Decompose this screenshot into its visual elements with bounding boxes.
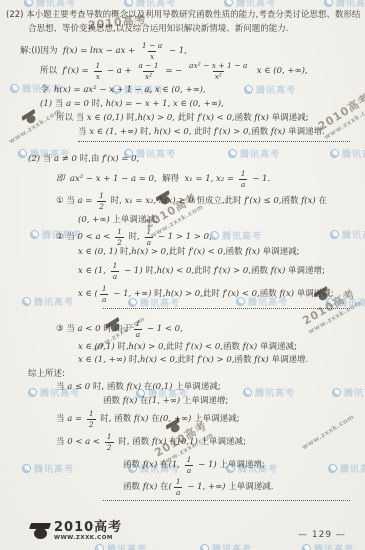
tencent-gaokao-watermark: 腾讯高考 (243, 386, 295, 399)
math-run: f′(x) < 0, (220, 288, 260, 300)
page: 腾讯高考腾讯高考腾讯高考腾讯高考腾讯高考腾讯高考腾讯高考腾讯高考腾讯高考腾讯高考… (0, 0, 365, 550)
fraction-denominator: x² (213, 71, 224, 81)
text-run: 函数 (251, 126, 268, 138)
math-run: x ∈ (1, +∞) (87, 126, 141, 138)
text-run: 上单调递增; (183, 395, 228, 407)
text-run: 在 (160, 459, 169, 471)
text-run: 上单调递减; (112, 214, 157, 226)
text-run: 单调递减; (272, 112, 309, 124)
tencent-gaokao-watermark: 腾讯高考 (210, 229, 262, 242)
graduation-cap-mascot-icon (30, 523, 50, 539)
fraction: 1 − ax (140, 42, 164, 60)
text-run: 上单调递增; (219, 459, 264, 471)
fraction-numerator: 1 (111, 262, 120, 271)
text-run: 所以 (40, 65, 57, 77)
math-run: = − (163, 65, 185, 77)
text-run: 当 (55, 98, 64, 110)
watermark-label: 腾讯高考 (255, 386, 295, 399)
watermark-label: 腾讯高考 (136, 147, 176, 160)
text-run: 令 (40, 84, 49, 96)
text-run: 合思想、等价变换思想,以及综合运用知识解决新情境、新问题的能力. (28, 23, 288, 35)
math-run: h(x) > 0, (165, 288, 203, 300)
text-run: 在 (151, 413, 160, 425)
tencent-swirl-icon (330, 149, 339, 158)
text-run: 综上所述: (28, 368, 65, 380)
watermark-label: 腾讯高考 (256, 83, 296, 96)
solution-line: 函数 f(x) 在(1a − 1, +∞) 上单调递减. (123, 478, 273, 496)
solution-line: 即 ax² − x + 1 − a = 0, 解得 x₁ = 1, x₂ = 1… (56, 170, 270, 188)
math-run: f(x) (149, 436, 169, 448)
fraction: 1a (111, 262, 120, 280)
page-number: — 129 — (298, 530, 346, 540)
math-run: f(x) (252, 112, 272, 124)
watermark-label: 腾讯高考 (342, 147, 365, 160)
math-run: h(x) > 0, (137, 112, 177, 124)
math-run: f′(x) > 0, (211, 265, 251, 277)
math-run: − 1) (121, 265, 145, 277)
text-run: 单调递增. (271, 354, 308, 366)
fraction-denominator: a (111, 271, 119, 281)
text-run: 时 (108, 195, 119, 207)
text-run: 此时 (178, 354, 195, 366)
tencent-swirl-icon (30, 230, 39, 239)
math-run: a ≤ 0 (65, 381, 93, 393)
math-run: (1) (40, 98, 55, 110)
solution-line: 当 a = 12 时, 函数 f(x) 在(0, +∞) 上单调递减; (56, 410, 239, 428)
math-run: − 1. (250, 173, 271, 185)
fraction-denominator: a (185, 465, 193, 475)
fraction-denominator: x (148, 51, 156, 61)
solution-line: 函数 f(x) 在(1, +∞) 上单调递增; (103, 395, 228, 407)
tencent-swirl-icon (28, 388, 37, 397)
math-run: − 1, +∞) (185, 481, 229, 493)
text-run: 函数 (235, 112, 252, 124)
text-run: 解得 (162, 173, 179, 185)
math-run: f′(x) = 0, (99, 153, 139, 165)
fraction: ax² − x + 1 − ax² (187, 62, 249, 80)
fraction-denominator: a (174, 487, 182, 497)
text-run: 时, (120, 246, 131, 258)
text-run: 时, (126, 112, 137, 124)
solution-line: x ∈ (1, +∞) 时,h(x) < 0,此时 f′(x) > 0,函数 f… (78, 354, 308, 366)
math-run: ( (169, 481, 172, 493)
tencent-gaokao-watermark: 腾讯高考 (330, 228, 365, 241)
tencent-swirl-icon (10, 84, 19, 93)
fraction-denominator: a (145, 237, 153, 247)
text-run: 函数 (281, 195, 298, 207)
text-run: 上单调递减; (175, 381, 220, 393)
text-run: ② 当 (56, 231, 75, 243)
watermark-label: 腾讯高考 (344, 386, 365, 399)
tencent-swirl-icon (22, 297, 31, 306)
text-run: 在 (318, 195, 327, 207)
text-run: 上单调递减; (194, 413, 239, 425)
tencent-gaokao-watermark: 腾讯高考 (330, 147, 365, 160)
math-run: f′(x) < 0, (195, 112, 235, 124)
text-run: 单调递增; (288, 265, 325, 277)
solution-line: x ∈ (0,1) 时,h(x) > 0,此时 f′(x) < 0,函数 f(x… (78, 341, 297, 353)
math-run: f(x) (298, 195, 318, 207)
watermark-label: 腾讯高考 (340, 462, 365, 475)
text-run: 时, (154, 288, 165, 300)
math-run: − a + (104, 65, 134, 77)
math-run: f′(x) = (57, 65, 91, 77)
fraction-denominator: 2 (105, 442, 114, 452)
fraction-denominator: x (94, 71, 102, 81)
watermark-label: 腾讯高考 (212, 542, 252, 550)
tencent-swirl-icon (328, 464, 337, 473)
text-run: 时, 函数 (93, 381, 124, 393)
math-run: (0, +∞) (160, 413, 194, 425)
text-run: 所以 当 (56, 112, 84, 124)
text-run: 在 (140, 395, 149, 407)
watermark-label: 腾讯高考 (336, 0, 365, 9)
fraction-numerator: 1 (185, 456, 194, 465)
solution-line: 所以 f′(x) = 1x − a + a − 1x² = − ax² − x … (40, 62, 308, 80)
fraction: 12 (105, 433, 114, 451)
fraction-numerator: 1 (144, 228, 153, 237)
math-run: f(x) (131, 413, 151, 425)
text-run: 时, (92, 98, 103, 110)
tencent-swirl-icon (332, 388, 341, 397)
math-run: f(x) = lnx − ax + (58, 45, 138, 57)
math-run: h(x) < 0, (151, 126, 194, 138)
tencent-gaokao-watermark: 腾讯高考 (328, 462, 365, 475)
text-run: 时, (117, 341, 128, 353)
math-run: h(x) < 0, (157, 265, 195, 277)
text-run: 时 (126, 231, 137, 243)
math-run: , (137, 231, 142, 243)
math-run: f(x) (251, 354, 271, 366)
watermark-label: 腾讯高考 (34, 462, 74, 475)
text-run: 此时 (203, 288, 220, 300)
solution-line: 解:(Ⅰ)因为 f(x) = lnx − ax + 1 − ax − 1, (20, 42, 187, 60)
math-run: f(x) (243, 246, 263, 258)
fraction: 1a (185, 456, 194, 474)
math-run: f(x) (140, 459, 160, 471)
tencent-swirl-icon (324, 0, 333, 7)
math-run: (1, +∞) (149, 395, 183, 407)
math-run: , x₁ = x₂, h(x) ≥ 0 (119, 195, 196, 207)
solution-line: 合思想、等价变换思想,以及综合运用知识解决新情境、新问题的能力. (28, 23, 288, 35)
tencent-swirl-icon (302, 544, 311, 550)
text-run: 在 (169, 436, 178, 448)
math-run: h(x) = − x + 1, x ∈ (0, +∞), (103, 98, 224, 110)
text-run: 函数 (226, 246, 243, 258)
math-run: f′(x) ≤ 0, (242, 195, 282, 207)
math-run: f(x) (140, 481, 160, 493)
math-run: (0,1) (178, 436, 201, 448)
solution-line: x ∈ (0, 1) 时,h(x) > 0,此时 f′(x) < 0,函数 f(… (78, 246, 300, 258)
text-run: ③ 当 (56, 323, 75, 335)
text-run: 时, (145, 265, 156, 277)
dotted-separator (103, 308, 350, 309)
fraction-denominator: 2 (97, 201, 106, 211)
math-run: − 1, (166, 45, 187, 57)
watermark-label: 腾讯高考 (222, 229, 262, 242)
math-run: h(x) > 0, (131, 246, 169, 258)
solution-line: 当 a ≤ 0 时, 函数 f(x) 在(0,1) 上单调递减; (56, 381, 221, 393)
solution-line: 当 x ∈ (1, +∞) 时, h(x) < 0, 此时 f′(x) > 0,… (78, 126, 325, 138)
math-run: f(x) (124, 381, 144, 393)
fraction-numerator: ax² − x + 1 − a (187, 62, 249, 71)
math-run: f(x) (277, 288, 297, 300)
tencent-swirl-icon (243, 388, 252, 397)
watermark-label: 腾讯高考 (236, 0, 276, 9)
text-run: 时, (140, 126, 151, 138)
math-run: (1, (169, 459, 183, 471)
text-run: 当 (56, 436, 65, 448)
text-run: 时, 函数 (98, 413, 132, 425)
tencent-swirl-icon (124, 0, 133, 7)
fraction-numerator: 1 (87, 410, 96, 419)
tencent-swirl-icon (18, 149, 27, 158)
fraction-numerator: 1 (97, 192, 106, 201)
watermark-label: 腾讯高考 (34, 295, 74, 308)
math-run: f(x) (120, 395, 140, 407)
math-run: − 1, +∞) (111, 288, 155, 300)
fraction-numerator: 1 (174, 478, 183, 487)
text-run: 时,由 (80, 153, 100, 165)
text-run: 单调递减; (263, 246, 300, 258)
fraction-denominator: a (100, 294, 108, 304)
text-run: 单调递减; (297, 288, 334, 300)
math-run: x ∈ (1, +∞) (78, 354, 129, 366)
math-run: (0,1) (152, 381, 175, 393)
fraction-denominator: a (134, 329, 142, 339)
fraction-numerator: 1 (93, 62, 102, 71)
text-run: 单调递减; (260, 341, 297, 353)
math-run: f(x) (268, 126, 288, 138)
text-run: 当 (56, 413, 65, 425)
zxxk-stamp: www.zxxk.com (300, 413, 355, 452)
tencent-gaokao-watermark: 腾讯高考 (22, 295, 74, 308)
solution-line: 综上所述: (28, 368, 65, 380)
fraction-numerator: 1 (115, 228, 124, 237)
math-run: h(x) > 0, (129, 341, 167, 353)
solution-line: (1) 当 a = 0 时, h(x) = − x + 1, x ∈ (0, +… (40, 98, 224, 110)
footer-brand-title: 2010高考 (54, 521, 122, 535)
fraction: 1a (133, 320, 142, 338)
text-run: 在 (144, 381, 153, 393)
solution-line: (22) 本小题主要考查导数的概念以及利用导数研究函数性质的能力,考查分类讨论思… (6, 9, 360, 21)
text-run: ① 当 (56, 195, 75, 207)
solution-line: ① 当 a = 12 时, x₁ = x₂, h(x) ≥ 0 恒成立,此时 f… (56, 192, 327, 210)
math-run: x ∈ (0, 1) (78, 246, 120, 258)
tencent-gaokao-watermark: 腾讯高考 (200, 542, 252, 550)
text-run: 时, (129, 354, 140, 366)
math-run: − 1 > 1 > 0, (155, 231, 212, 243)
text-run: 单调递增. (288, 126, 325, 138)
tencent-swirl-icon (22, 464, 31, 473)
text-run: 在 (160, 481, 169, 493)
watermark-label: 腾讯高考 (136, 0, 176, 9)
text-run: 当 (78, 126, 87, 138)
solution-line: 令 h(x) = ax² − x + 1 − a, x ∈ (0, +∞), (40, 84, 206, 96)
math-run: 0 < a < (65, 436, 103, 448)
tencent-swirl-icon (95, 544, 104, 550)
solution-line: x ∈ (1a − 1, +∞) 时,h(x) > 0,此时 f′(x) < 0… (78, 285, 334, 303)
text-run: 解:(Ⅰ)因为 (20, 45, 58, 57)
math-run: x ∈ (0, +∞), (251, 65, 307, 77)
text-run: 此时 (194, 126, 211, 138)
math-run: 0 < a < (75, 231, 113, 243)
tencent-gaokao-watermark: 腾讯高考 (302, 542, 354, 550)
watermark-label: 腾讯高考 (314, 542, 354, 550)
math-run: (0, +∞) (78, 214, 112, 226)
solution-line: (2) 当 a ≠ 0 时,由 f′(x) = 0, (28, 153, 139, 165)
text-run: 此时 (166, 341, 183, 353)
text-run: (22) 本小题主要考查导数的概念以及利用导数研究函数性质的能力,考查分类讨论思… (6, 9, 360, 21)
tencent-gaokao-watermark: 腾讯高考 (24, 0, 76, 9)
text-run: 当 (56, 381, 65, 393)
fraction: 1a (174, 478, 183, 496)
tencent-gaokao-watermark: 腾讯高考 (324, 0, 365, 9)
math-run: f(x) (240, 341, 260, 353)
text-run: 时, 函数 (116, 436, 150, 448)
text-run: 此时 (178, 112, 195, 124)
math-run: 即 ax² − x + 1 − a = 0, (56, 173, 162, 185)
fraction: 1a (100, 285, 109, 303)
tencent-swirl-icon (24, 0, 33, 7)
solution-line: ③ 当 a < 0 时,由于1a − 1 < 0, (56, 320, 183, 338)
text-run: 函数 (234, 354, 251, 366)
fraction: 12 (87, 410, 96, 428)
math-run: f′(x) > 0, (211, 126, 251, 138)
text-run: 恒成立,此时 (196, 195, 241, 207)
text-run: 此时 (194, 265, 211, 277)
fraction: 1x (93, 62, 102, 80)
text-run: 函数 (223, 341, 240, 353)
math-run: a ≠ 0 (51, 153, 79, 165)
math-run: f′(x) > 0, (195, 354, 235, 366)
watermark-label: 腾讯高考 (107, 542, 147, 550)
text-run: 时,由于 (103, 323, 131, 335)
text-run: 上单调递减. (228, 481, 273, 493)
watermark-label: 腾讯高考 (342, 228, 365, 241)
footer-logo: 2010高考 WWW.ZXXK.COM (30, 521, 122, 541)
tencent-gaokao-watermark: 腾讯高考 (124, 0, 176, 9)
solution-line: ② 当 0 < a < 12 时, 1a − 1 > 1 > 0, (56, 228, 212, 246)
text-run: 函数 (123, 459, 140, 471)
solution-line: x ∈ (1, 1a − 1) 时,h(x) < 0,此时 f′(x) > 0,… (78, 262, 325, 280)
fraction-denominator: 2 (115, 237, 124, 247)
text-run: 函数 (103, 395, 120, 407)
tencent-gaokao-watermark: 腾讯高考 (244, 83, 296, 96)
text-run: 上单调递减; (201, 436, 246, 448)
dotted-separator (103, 500, 350, 501)
math-run: x ∈ ( (78, 288, 98, 300)
watermark-label: 腾讯高考 (240, 147, 280, 160)
math-run: h(x) < 0, (140, 354, 178, 366)
tencent-gaokao-watermark: 腾讯高考 (95, 542, 147, 550)
stamp-url: www.zxxk.com (300, 413, 355, 452)
fraction-denominator: a (239, 179, 247, 189)
tencent-swirl-icon (200, 544, 209, 550)
fraction-numerator: 1 − a (140, 42, 164, 51)
solution-line: (0, +∞) 上单调递减; (78, 214, 158, 226)
math-run: f(x) (268, 265, 288, 277)
tencent-gaokao-watermark: 腾讯高考 (224, 0, 276, 9)
fraction: 12 (115, 228, 124, 246)
math-run: a = (65, 413, 85, 425)
fraction-numerator: a − 1 (136, 62, 160, 71)
watermark-label: 腾讯高考 (36, 0, 76, 9)
tencent-swirl-icon (330, 230, 339, 239)
solution-line: 所以 当 x ∈ (0,1) 时,h(x) > 0, 此时 f′(x) < 0,… (56, 112, 308, 124)
footer-brand-url: WWW.ZXXK.COM (54, 535, 122, 541)
fraction-numerator: 1 (239, 170, 248, 179)
math-run: x ∈ (1, (78, 265, 109, 277)
text-run: 函数 (251, 265, 268, 277)
math-run: − 1) (195, 459, 219, 471)
math-run: − 1 < 0, (144, 323, 183, 335)
fraction-numerator: 1 (100, 285, 109, 294)
math-run: x ∈ (0,1) (84, 112, 126, 124)
text-run: 函数 (123, 481, 140, 493)
math-run: a = 0 (63, 98, 91, 110)
tencent-swirl-icon (244, 85, 253, 94)
fraction-denominator: x² (143, 71, 154, 81)
math-run: (2) (28, 153, 43, 165)
text-run: 当 (43, 153, 52, 165)
tencent-gaokao-watermark: 腾讯高考 (22, 462, 74, 475)
tencent-gaokao-watermark: 腾讯高考 (228, 147, 280, 160)
math-run: a = (75, 195, 95, 207)
fraction-numerator: 1 (105, 433, 114, 442)
math-run: f′(x) < 0, (183, 341, 223, 353)
solution-line: 函数 f(x) 在(1, 1a − 1) 上单调递增; (123, 456, 265, 474)
text-run: 函数 (260, 288, 277, 300)
math-run: f′(x) < 0, (186, 246, 226, 258)
fraction: 12 (97, 192, 106, 210)
fraction-denominator: 2 (87, 419, 96, 429)
tencent-swirl-icon (224, 0, 233, 7)
solution-line: 当 0 < a < 12 时, 函数 f(x) 在(0,1) 上单调递减; (56, 433, 246, 451)
dotted-separator (78, 141, 350, 142)
math-run: a < 0 (75, 323, 103, 335)
fraction: 1a (144, 228, 153, 246)
fraction: 1a (239, 170, 248, 188)
math-run: h(x) = ax² − x + 1 − a, x ∈ (0, +∞), (49, 84, 206, 96)
text-run: 此时 (169, 246, 186, 258)
fraction-numerator: 1 (133, 320, 142, 329)
math-run: x ∈ (0,1) (78, 341, 117, 353)
tencent-gaokao-watermark: 腾讯高考 (332, 386, 365, 399)
fraction: a − 1x² (136, 62, 160, 80)
math-run: x₁ = 1, x₂ = (179, 173, 237, 185)
tencent-swirl-icon (228, 149, 237, 158)
